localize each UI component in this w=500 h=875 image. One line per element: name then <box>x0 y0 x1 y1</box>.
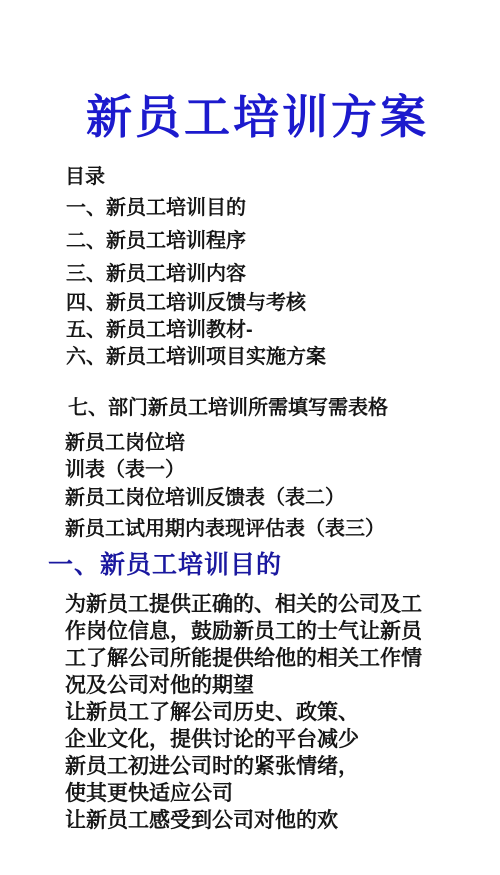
form-list-item-4: 新员工试用期内表现评估表（表三） <box>65 518 385 540</box>
body-line-8: 使其更快适应公司 <box>65 782 233 805</box>
body-line-5: 让新员工了解公司历史、政策、 <box>65 701 359 724</box>
body-line-6: 企业文化，提供讨论的平台减少 <box>65 728 359 751</box>
toc-item-1: 一、新员工培训目的 <box>66 197 246 219</box>
body-line-3: 工了解公司所能提供给他的相关工作情 <box>65 647 422 670</box>
toc-item-5: 五、新员工培训教材- <box>66 319 253 341</box>
form-list-item-1: 新员工岗位培 <box>65 432 185 454</box>
body-line-2: 作岗位信息，鼓励新员工的士气让新员 <box>65 620 422 643</box>
toc-heading: 目录 <box>65 166 105 188</box>
section1-heading: 一、新员工培训目的 <box>48 551 282 579</box>
body-line-4: 况及公司对他的期望 <box>65 674 254 697</box>
document-title: 新员工培训方案 <box>86 92 429 143</box>
form-list-item-2: 训表（表一） <box>65 459 185 481</box>
body-line-9: 让新员工感受到公司对他的欢 <box>65 809 338 832</box>
toc-item-7: 七、部门新员工培训所需填写需表格 <box>68 397 388 419</box>
document-page: 新员工培训方案 目录 一、新员工培训目的 二、新员工培训程序 三、新员工培训内容… <box>0 0 500 875</box>
body-line-1: 为新员工提供正确的、相关的公司及工 <box>65 593 422 616</box>
toc-item-6: 六、新员工培训项目实施方案 <box>66 346 326 368</box>
toc-item-4: 四、新员工培训反馈与考核 <box>66 292 306 314</box>
form-list-item-3: 新员工岗位培训反馈表（表二） <box>65 487 345 509</box>
body-line-7: 新员工初进公司时的紧张情绪， <box>65 755 359 778</box>
toc-item-3: 三、新员工培训内容 <box>66 263 246 285</box>
toc-item-2: 二、新员工培训程序 <box>66 230 246 252</box>
